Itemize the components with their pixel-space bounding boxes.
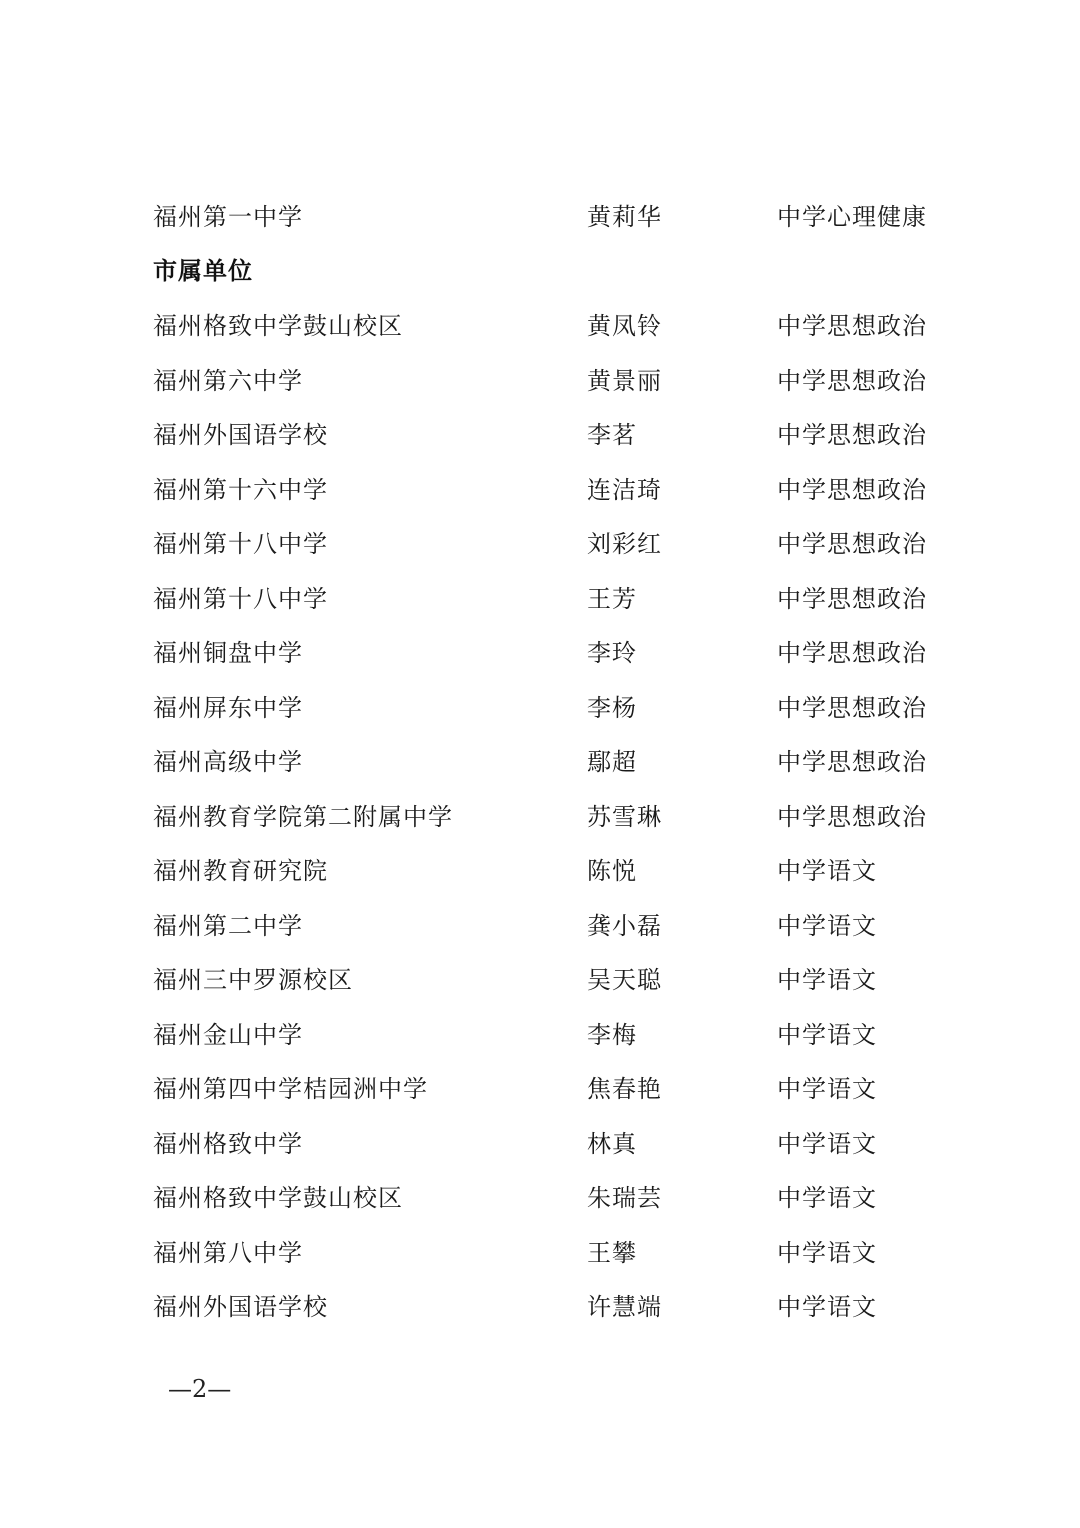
subject-cell: 中学思想政治 [777, 415, 927, 455]
page-number: —2— [168, 1374, 231, 1404]
table-row: 福州高级中学 鄢超 中学思想政治 [0, 742, 1080, 782]
table-row: 福州第十六中学 连洁琦 中学思想政治 [0, 470, 1080, 510]
school-cell: 福州金山中学 [153, 1015, 303, 1055]
table-row: 福州屏东中学 李杨 中学思想政治 [0, 688, 1080, 728]
name-cell: 王芳 [587, 579, 637, 619]
name-cell: 许慧端 [587, 1287, 662, 1327]
school-cell: 福州教育学院第二附属中学 [153, 797, 453, 837]
table-row: 福州铜盘中学 李玲 中学思想政治 [0, 633, 1080, 673]
subject-cell: 中学思想政治 [777, 470, 927, 510]
table-row: 福州教育学院第二附属中学 苏雪琳 中学思想政治 [0, 797, 1080, 837]
name-cell: 王攀 [587, 1233, 637, 1273]
table-row: 福州第十八中学 刘彩红 中学思想政治 [0, 524, 1080, 564]
name-cell: 刘彩红 [587, 524, 662, 564]
table-row: 福州第四中学桔园洲中学 焦春艳 中学语文 [0, 1069, 1080, 1109]
school-cell: 福州第十八中学 [153, 524, 328, 564]
name-cell: 黄凤铃 [587, 306, 662, 346]
name-cell: 连洁琦 [587, 470, 662, 510]
table-row: 福州金山中学 李梅 中学语文 [0, 1015, 1080, 1055]
school-cell: 福州格致中学 [153, 1124, 303, 1164]
name-cell: 鄢超 [587, 742, 637, 782]
subject-cell: 中学思想政治 [777, 306, 927, 346]
table-row: 福州第十八中学 王芳 中学思想政治 [0, 579, 1080, 619]
subject-cell: 中学思想政治 [777, 688, 927, 728]
school-cell: 福州教育研究院 [153, 851, 328, 891]
name-cell: 陈悦 [587, 851, 637, 891]
table-row: 福州外国语学校 许慧端 中学语文 [0, 1287, 1080, 1327]
subject-cell: 中学语文 [777, 906, 877, 946]
subject-cell: 中学思想政治 [777, 579, 927, 619]
school-cell: 福州屏东中学 [153, 688, 303, 728]
name-cell: 林真 [587, 1124, 637, 1164]
name-cell: 龚小磊 [587, 906, 662, 946]
subject-cell: 中学语文 [777, 1124, 877, 1164]
subject-cell: 中学语文 [777, 1287, 877, 1327]
name-cell: 李梅 [587, 1015, 637, 1055]
school-cell: 福州第十六中学 [153, 470, 328, 510]
name-cell: 苏雪琳 [587, 797, 662, 837]
subject-cell: 中学语文 [777, 1178, 877, 1218]
school-cell: 福州三中罗源校区 [153, 960, 353, 1000]
subject-cell: 中学思想政治 [777, 742, 927, 782]
subject-cell: 中学思想政治 [777, 524, 927, 564]
school-cell: 福州格致中学鼓山校区 [153, 306, 403, 346]
table-row: 福州第八中学 王攀 中学语文 [0, 1233, 1080, 1273]
school-cell: 福州第十八中学 [153, 579, 328, 619]
table-row: 福州格致中学 林真 中学语文 [0, 1124, 1080, 1164]
subject-cell: 中学心理健康 [777, 197, 927, 237]
name-cell: 李杨 [587, 688, 637, 728]
name-cell: 李茗 [587, 415, 637, 455]
subject-cell: 中学语文 [777, 1069, 877, 1109]
school-cell: 福州第一中学 [153, 197, 303, 237]
name-cell: 黄景丽 [587, 361, 662, 401]
name-cell: 焦春艳 [587, 1069, 662, 1109]
subject-cell: 中学思想政治 [777, 361, 927, 401]
school-cell: 福州第二中学 [153, 906, 303, 946]
table-row: 福州第六中学 黄景丽 中学思想政治 [0, 361, 1080, 401]
school-cell: 福州格致中学鼓山校区 [153, 1178, 403, 1218]
table-row: 福州第二中学 龚小磊 中学语文 [0, 906, 1080, 946]
school-cell: 福州第六中学 [153, 361, 303, 401]
table-row: 福州第一中学 黄莉华 中学心理健康 [0, 197, 1080, 237]
subject-cell: 中学思想政治 [777, 797, 927, 837]
school-cell: 福州高级中学 [153, 742, 303, 782]
name-cell: 李玲 [587, 633, 637, 673]
table-row: 福州格致中学鼓山校区 朱瑞芸 中学语文 [0, 1178, 1080, 1218]
school-cell: 福州铜盘中学 [153, 633, 303, 673]
name-cell: 吴天聪 [587, 960, 662, 1000]
school-cell: 福州外国语学校 [153, 415, 328, 455]
school-cell: 福州外国语学校 [153, 1287, 328, 1327]
table-row: 福州教育研究院 陈悦 中学语文 [0, 851, 1080, 891]
document-page: 福州第一中学 黄莉华 中学心理健康 市属单位 福州格致中学鼓山校区 黄凤铃 中学… [0, 0, 1080, 1528]
school-cell: 福州第八中学 [153, 1233, 303, 1273]
subject-cell: 中学语文 [777, 1015, 877, 1055]
subject-cell: 中学语文 [777, 960, 877, 1000]
section-heading: 市属单位 [153, 251, 253, 291]
subject-cell: 中学语文 [777, 1233, 877, 1273]
subject-cell: 中学思想政治 [777, 633, 927, 673]
table-row: 福州三中罗源校区 吴天聪 中学语文 [0, 960, 1080, 1000]
school-cell: 福州第四中学桔园洲中学 [153, 1069, 428, 1109]
subject-cell: 中学语文 [777, 851, 877, 891]
table-row: 福州格致中学鼓山校区 黄凤铃 中学思想政治 [0, 306, 1080, 346]
name-cell: 黄莉华 [587, 197, 662, 237]
name-cell: 朱瑞芸 [587, 1178, 662, 1218]
table-row: 福州外国语学校 李茗 中学思想政治 [0, 415, 1080, 455]
